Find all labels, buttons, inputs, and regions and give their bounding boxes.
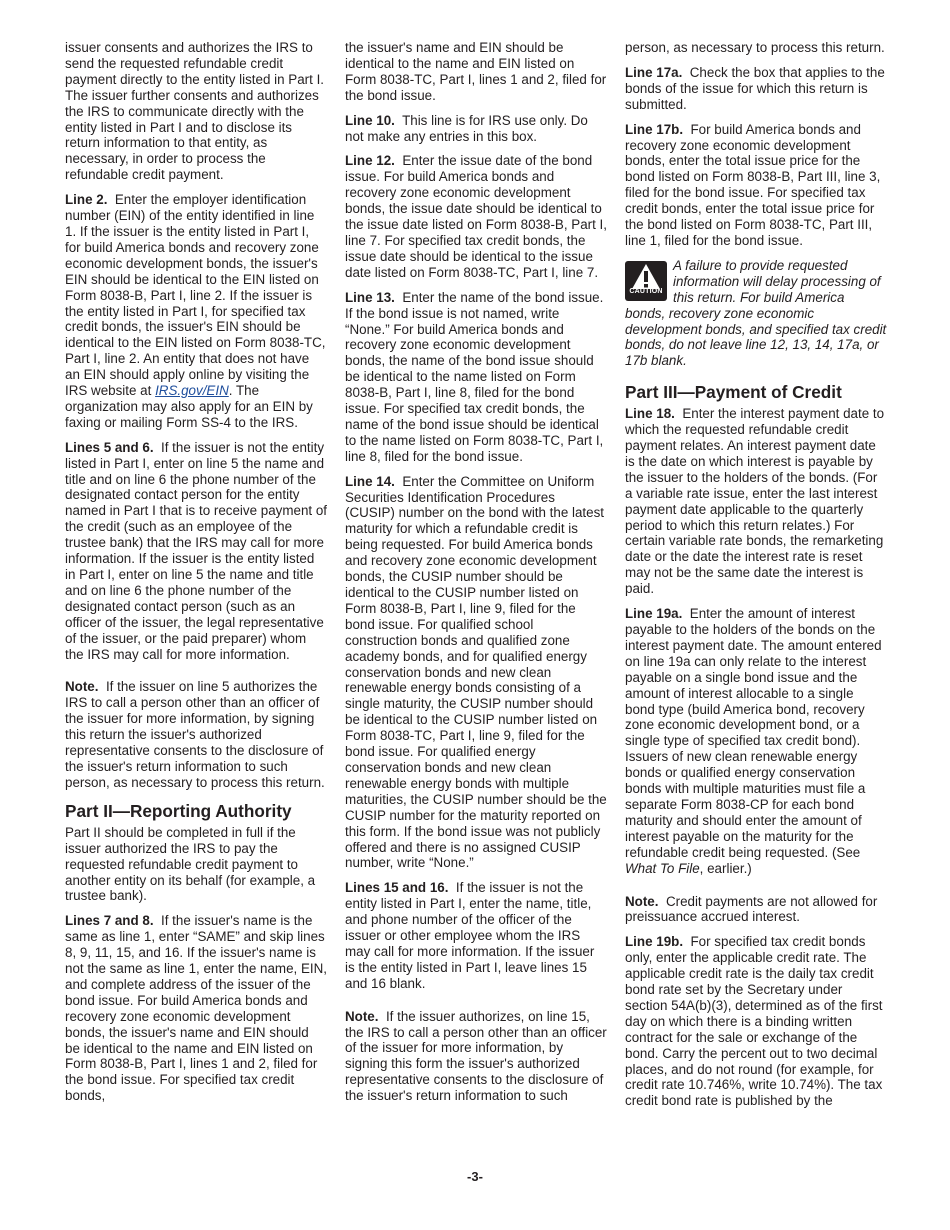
lines-7-8-heading: Lines 7 and 8. bbox=[65, 913, 154, 928]
part-2-heading: Part II—Reporting Authority bbox=[65, 800, 327, 822]
note-text: Credit payments are not allowed for prei… bbox=[625, 894, 877, 925]
line-2-heading: Line 2. bbox=[65, 192, 107, 207]
line-12-heading: Line 12. bbox=[345, 153, 395, 168]
line-14-heading: Line 14. bbox=[345, 474, 395, 489]
line-13-text: Enter the name of the bond issue. If the… bbox=[345, 290, 603, 464]
part-3-heading: Part III—Payment of Credit bbox=[625, 381, 887, 403]
line-14-text: Enter the Committee on Uniform Securitie… bbox=[345, 474, 607, 871]
paragraph-note-line-15: Note. If the issuer authorizes, on line … bbox=[345, 1009, 607, 1104]
paragraph-line-18: Line 18. Enter the interest payment date… bbox=[625, 406, 887, 597]
paragraph-line-2: Line 2. Enter the employer identificatio… bbox=[65, 192, 327, 431]
text-column-1: issuer consents and authorizes the IRS t… bbox=[65, 40, 327, 1113]
line-17b-heading: Line 17b. bbox=[625, 122, 683, 137]
paragraph-note-line-5: Note. If the issuer on line 5 authorizes… bbox=[65, 679, 327, 790]
text-column-3: person, as necessary to process this ret… bbox=[625, 40, 887, 1118]
paragraph-line-19b: Line 19b. For specified tax credit bonds… bbox=[625, 934, 887, 1109]
lines-15-16-heading: Lines 15 and 16. bbox=[345, 880, 448, 895]
line-17b-text: For build America bonds and recovery zon… bbox=[625, 122, 880, 248]
note-heading: Note. bbox=[65, 679, 98, 694]
line-2-text: Enter the employer identification number… bbox=[65, 192, 326, 398]
line-19a-heading: Line 19a. bbox=[625, 606, 682, 621]
caution-notice: CAUTION A failure to provide requested i… bbox=[625, 258, 887, 369]
page-number: -3- bbox=[0, 1169, 950, 1184]
line-17a-heading: Line 17a. bbox=[625, 65, 682, 80]
line-12-text: Enter the issue date of the bond issue. … bbox=[345, 153, 607, 279]
paragraph-line-17a: Line 17a. Check the box that applies to … bbox=[625, 65, 887, 113]
paragraph-line-10: Line 10. This line is for IRS use only. … bbox=[345, 113, 607, 145]
paragraph-part-2-intro: Part II should be completed in full if t… bbox=[65, 825, 327, 905]
what-to-file-reference: What To File bbox=[625, 861, 700, 876]
paragraph-line-19a: Line 19a. Enter the amount of interest p… bbox=[625, 606, 887, 876]
paragraph-consent-continuation: issuer consents and authorizes the IRS t… bbox=[65, 40, 327, 183]
lines-15-16-text: If the issuer is not the entity listed i… bbox=[345, 880, 594, 990]
paragraph-note-preissuance: Note. Credit payments are not allowed fo… bbox=[625, 894, 887, 926]
paragraph-line-14: Line 14. Enter the Committee on Uniform … bbox=[345, 474, 607, 872]
paragraph-lines-15-16: Lines 15 and 16. If the issuer is not th… bbox=[345, 880, 607, 991]
note-text: If the issuer on line 5 authorizes the I… bbox=[65, 679, 325, 789]
note-heading: Note. bbox=[345, 1009, 378, 1024]
paragraph-line-12: Line 12. Enter the issue date of the bon… bbox=[345, 153, 607, 280]
line-10-heading: Line 10. bbox=[345, 113, 395, 128]
line-19a-text: Enter the amount of interest payable to … bbox=[625, 606, 882, 860]
line-19b-text: For specified tax credit bonds only, ent… bbox=[625, 934, 883, 1108]
paragraph-lines-7-8: Lines 7 and 8. If the issuer's name is t… bbox=[65, 913, 327, 1104]
note-heading: Note. bbox=[625, 894, 658, 909]
paragraph-lines-5-6: Lines 5 and 6. If the issuer is not the … bbox=[65, 440, 327, 663]
caution-label: CAUTION bbox=[625, 284, 667, 300]
line-13-heading: Line 13. bbox=[345, 290, 395, 305]
paragraph-line-13: Line 13. Enter the name of the bond issu… bbox=[345, 290, 607, 465]
note-text: If the issuer authorizes, on line 15, th… bbox=[345, 1009, 607, 1104]
line-19a-text-end: , earlier.) bbox=[700, 861, 752, 876]
irs-ein-link[interactable]: IRS.gov/EIN bbox=[155, 383, 229, 398]
caution-icon: CAUTION bbox=[625, 261, 667, 301]
lines-5-6-heading: Lines 5 and 6. bbox=[65, 440, 154, 455]
text-column-2: the issuer's name and EIN should be iden… bbox=[345, 40, 607, 1113]
paragraph-line-17b: Line 17b. For build America bonds and re… bbox=[625, 122, 887, 249]
paragraph-note-continuation: person, as necessary to process this ret… bbox=[625, 40, 887, 56]
lines-5-6-text: If the issuer is not the entity listed i… bbox=[65, 440, 327, 662]
paragraph-lines-7-8-continuation: the issuer's name and EIN should be iden… bbox=[345, 40, 607, 104]
line-19b-heading: Line 19b. bbox=[625, 934, 683, 949]
lines-7-8-text: If the issuer's name is the same as line… bbox=[65, 913, 327, 1103]
line-18-text: Enter the interest payment date to which… bbox=[625, 406, 884, 596]
line-18-heading: Line 18. bbox=[625, 406, 675, 421]
